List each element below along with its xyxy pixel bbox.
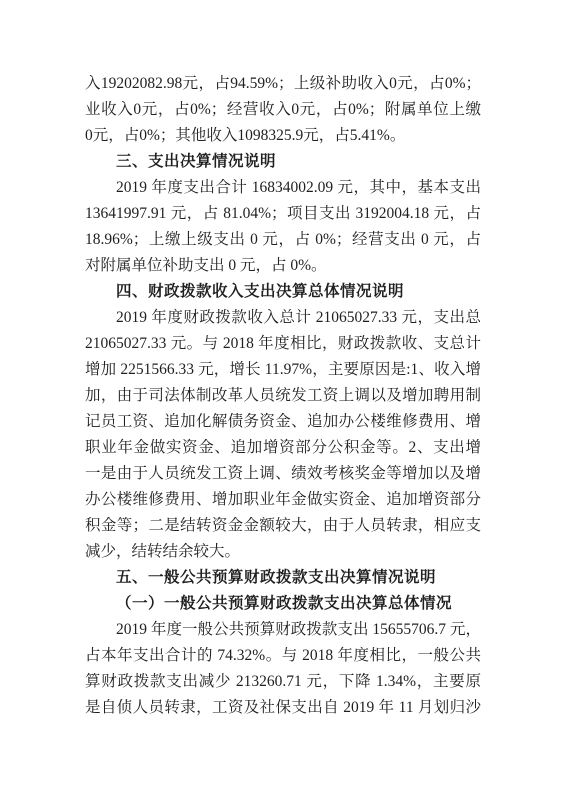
text-line: 对附属单位补助支出 0 元，占 0%。: [85, 253, 481, 279]
text-line: 入19202082.98元，占94.59%；上级补助收入0元，占0%；事: [85, 71, 481, 97]
text-line: 13641997.91 元，占 81.04%；项目支出 3192004.18 元…: [85, 201, 481, 227]
text-line: 2019 年度财政拨款收入总计 21065027.33 元，支出总计: [85, 305, 481, 331]
text-line: 2019 年度一般公共预算财政拨款支出 15655706.7 元，: [85, 617, 481, 643]
text-line: 办公楼维修费用、增加职业年金做实资金、追加增资部分公: [85, 487, 481, 513]
text-line: 18.96%；上缴上级支出 0 元，占 0%；经营支出 0 元，占 0%，: [85, 227, 481, 253]
text-line: 占本年支出合计的 74.32%。与 2018 年度相比，一般公共预: [85, 643, 481, 669]
text-line: 2019 年度支出合计 16834002.09 元，其中，基本支出: [85, 175, 481, 201]
document-body: 入19202082.98元，占94.59%；上级补助收入0元，占0%；事业收入0…: [85, 71, 481, 721]
paragraph: 入19202082.98元，占94.59%；上级补助收入0元，占0%；事业收入0…: [85, 71, 481, 149]
text-line: 算财政拨款支出减少 213260.71 元，下降 1.34%，主要原因: [85, 669, 481, 695]
paragraph: 2019 年度支出合计 16834002.09 元，其中，基本支出1364199…: [85, 175, 481, 279]
paragraph: 2019 年度财政拨款收入总计 21065027.33 元，支出总计210650…: [85, 305, 481, 565]
section-heading: （一）一般公共预算财政拨款支出决算总体情况: [85, 591, 481, 617]
text-line: 职业年金做实资金、追加增资部分公积金等。2、支出增加，: [85, 435, 481, 461]
text-line: 21065027.33 元。与 2018 年度相比，财政拨款收、支总计各: [85, 331, 481, 357]
text-line: 减少，结转结余较大。: [85, 539, 481, 565]
text-line: 一是由于人员统发工资上调、绩效考核奖金等增加以及增加: [85, 461, 481, 487]
text-line: 积金等；二是结转资金金额较大，由于人员转隶，相应支出: [85, 513, 481, 539]
text-line: 增加 2251566.33 元，增长 11.97%，主要原因是:1、收入增: [85, 357, 481, 383]
text-line: 记员工资、追加化解债务资金、追加办公楼维修费用、增加: [85, 409, 481, 435]
document-page: 入19202082.98元，占94.59%；上级补助收入0元，占0%；事业收入0…: [0, 0, 565, 800]
text-line: 是自侦人员转隶，工资及社保支出自 2019 年 11 月划归沙坡: [85, 695, 481, 721]
text-line: 0元，占0%；其他收入1098325.9元，占5.41%。: [85, 123, 481, 149]
section-heading: 四、财政拨款收入支出决算总体情况说明: [85, 279, 481, 305]
section-heading: 五、一般公共预算财政拨款支出决算情况说明: [85, 565, 481, 591]
text-line: 业收入0元，占0%；经营收入0元，占0%；附属单位上缴收入: [85, 97, 481, 123]
paragraph: 2019 年度一般公共预算财政拨款支出 15655706.7 元，占本年支出合计…: [85, 617, 481, 721]
section-heading: 三、支出决算情况说明: [85, 149, 481, 175]
text-line: 加，由于司法体制改革人员统发工资上调以及增加聘用制书: [85, 383, 481, 409]
